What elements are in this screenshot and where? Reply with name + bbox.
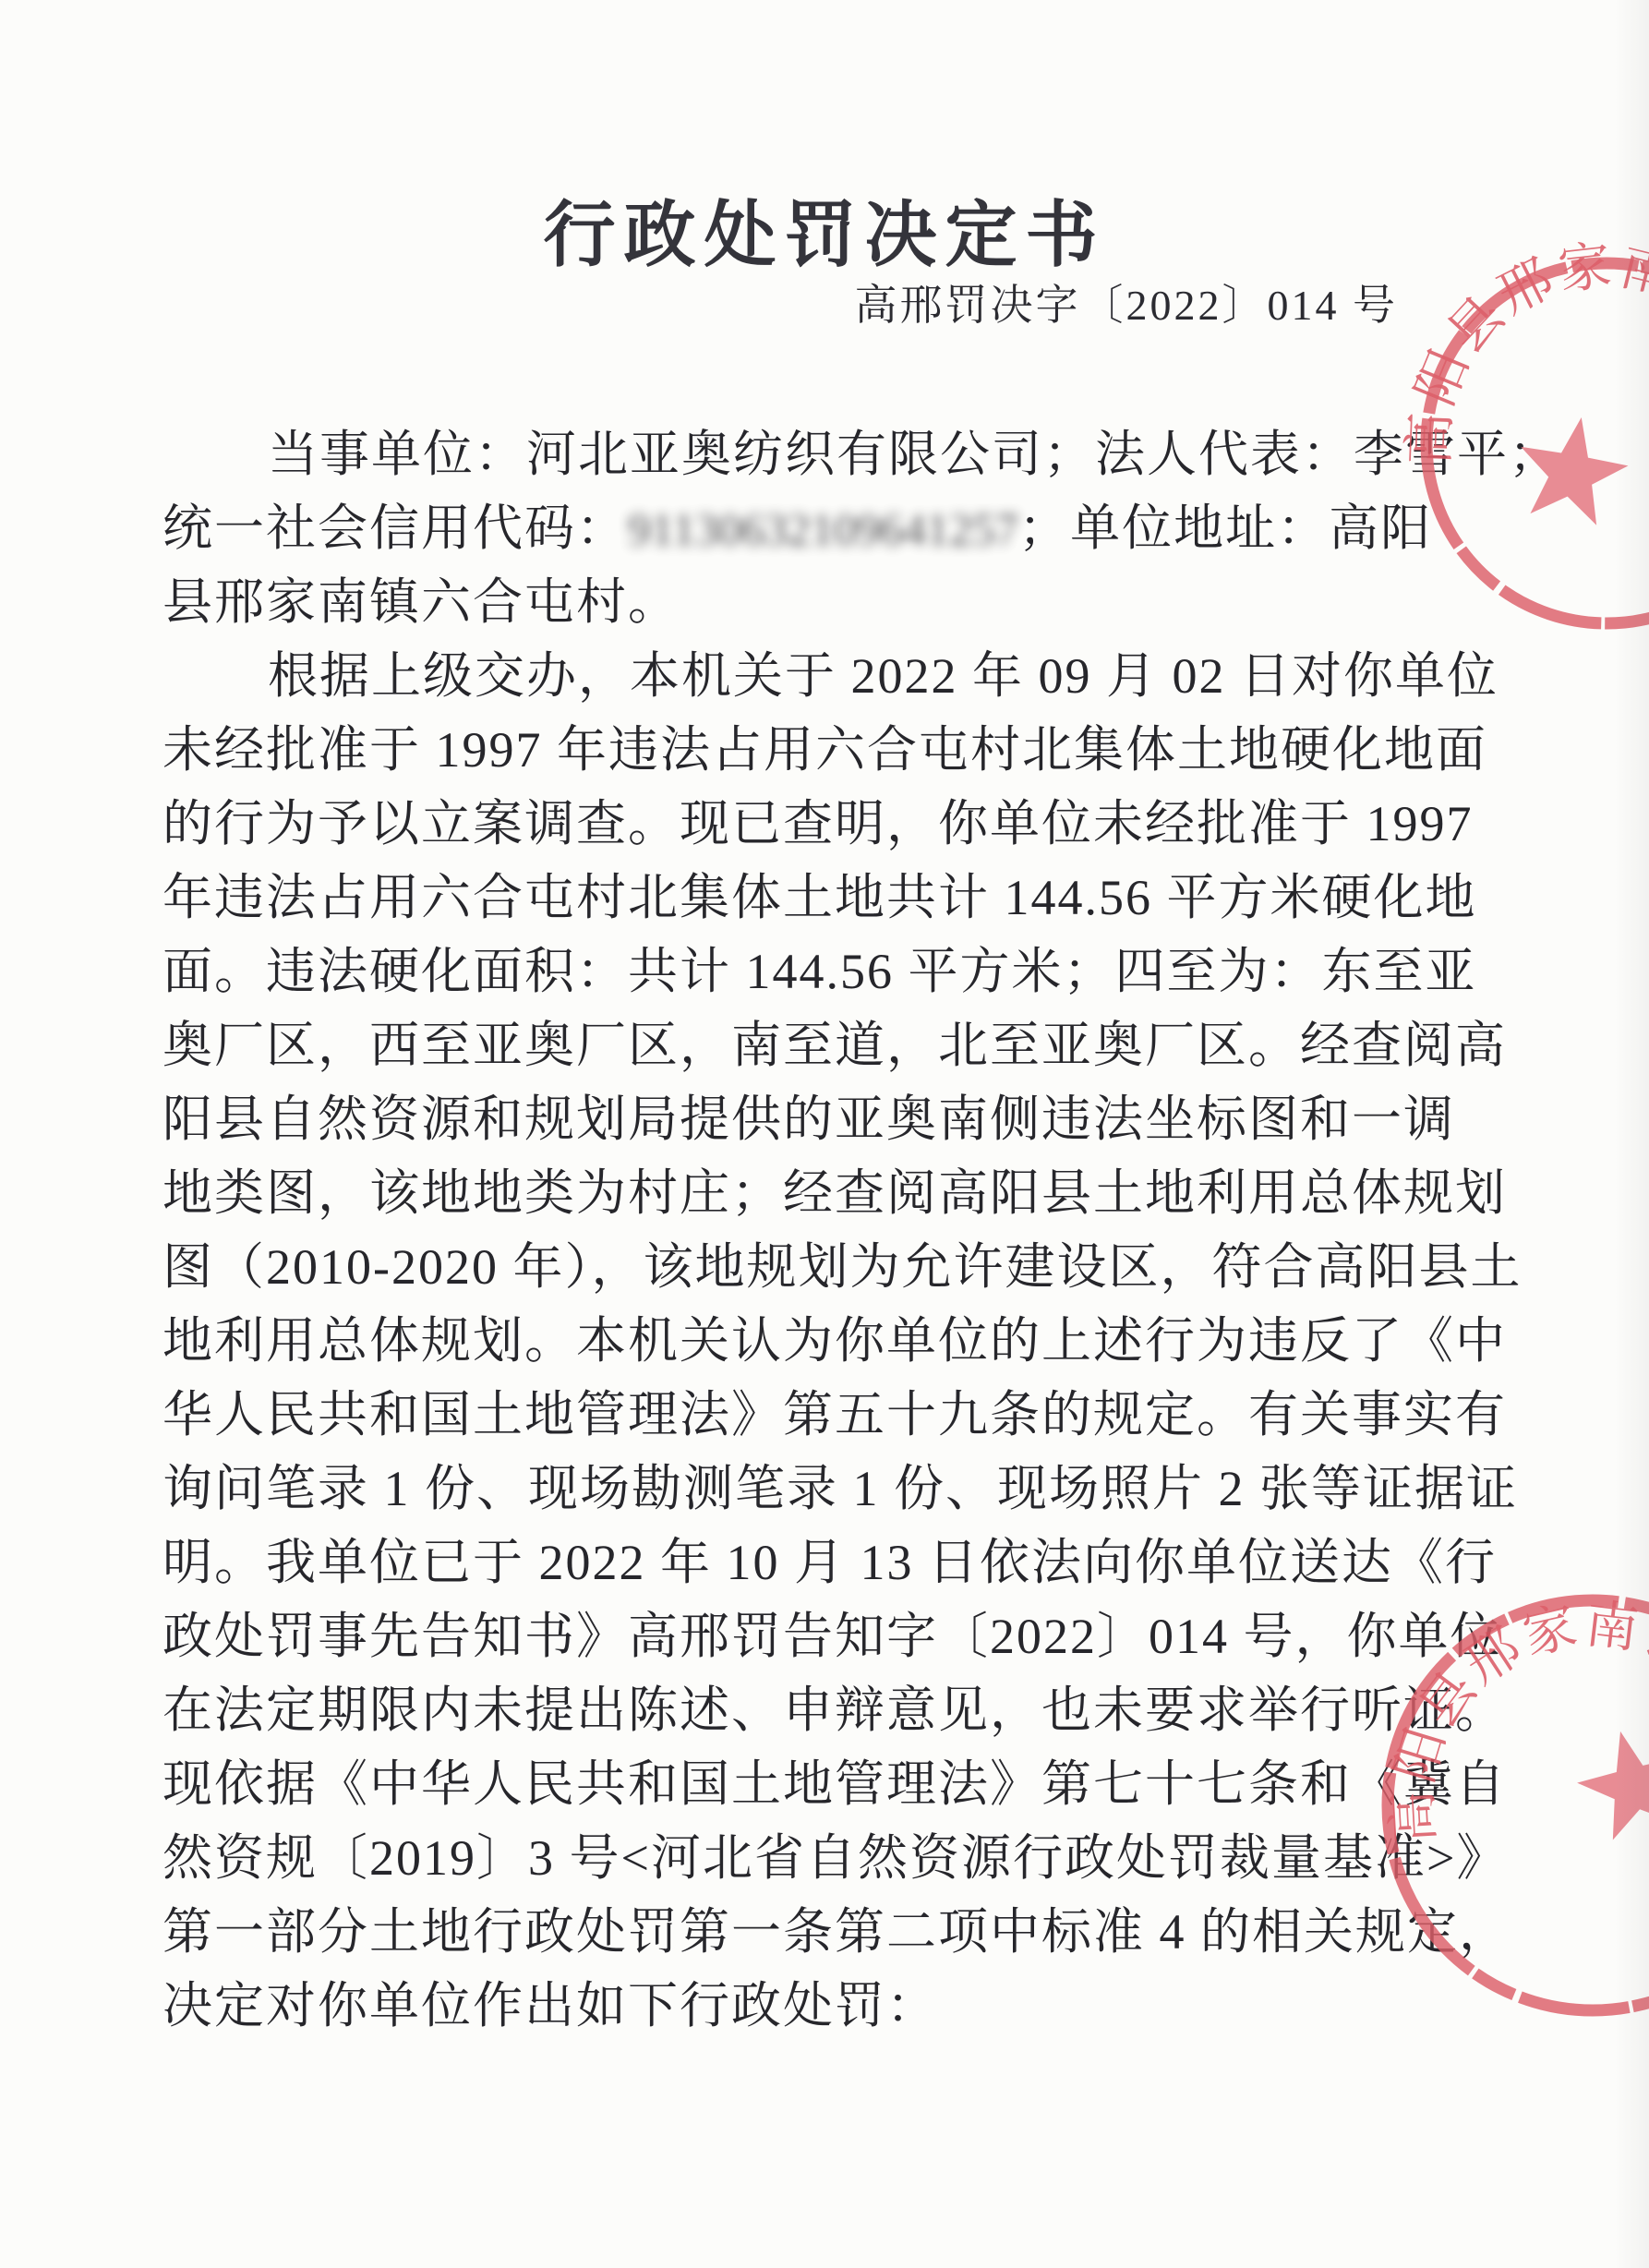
body-line: 然资规〔2019〕3 号<河北省自然资源行政处罚裁量基准>》 (162, 1821, 1511, 1895)
body-line: 年违法占用六合屯村北集体土地共计 144.56 平方米硬化地 (162, 861, 1511, 935)
body-line: 图（2010-2020 年），该地规划为允许建设区，符合高阳县土 (162, 1230, 1511, 1304)
body-line: 询问笔录 1 份、现场勘测笔录 1 份、现场照片 2 张等证据证 (162, 1452, 1511, 1526)
body-line: 面。违法硬化面积：共计 144.56 平方米；四至为：东至亚 (162, 935, 1511, 1008)
body-line: 现依据《中华人民共和国土地管理法》第七十七条和《冀自 (162, 1747, 1511, 1821)
body-line: 的行为予以立案调查。现已查明，你单位未经批准于 1997 (162, 787, 1511, 861)
body-line: 第一部分土地行政处罚第一条第二项中标准 4 的相关规定， (162, 1895, 1511, 1969)
body-line: 统一社会信用代码：91130632109641257；单位地址：高阳 (162, 491, 1511, 565)
body-line: 奥厂区，西至亚奥厂区，南至道，北至亚奥厂区。经查阅高 (162, 1008, 1511, 1082)
page-title: 行政处罚决定书 (0, 177, 1649, 281)
redacted-credit-code: 91130632109641257 (628, 503, 1018, 555)
body-line: 政处罚事先告知书》高邢罚告知字〔2022〕014 号，你单位 (162, 1599, 1511, 1673)
body-line: 明。我单位已于 2022 年 10 月 13 日依法向你单位送达《行 (162, 1526, 1511, 1599)
body-line: 阳县自然资源和规划局提供的亚奥南侧违法坐标图和一调 (162, 1082, 1511, 1156)
document-body: 当事单位：河北亚奥纺织有限公司；法人代表：李雪平；统一社会信用代码：911306… (162, 417, 1511, 2043)
body-line: 当事单位：河北亚奥纺织有限公司；法人代表：李雪平； (162, 417, 1511, 491)
body-line: 在法定期限内未提出陈述、申辩意见，也未要求举行听证。 (162, 1673, 1511, 1747)
scan-edge-shadow (1614, 0, 1649, 2268)
document-number: 高邢罚决字〔2022〕014 号 (855, 271, 1399, 332)
body-line: 地利用总体规划。本机关认为你单位的上述行为违反了《中 (162, 1304, 1511, 1378)
scanned-document-page: 行政处罚决定书 高邢罚决字〔2022〕014 号 当事单位：河北亚奥纺织有限公司… (0, 0, 1649, 2268)
body-line: 根据上级交办，本机关于 2022 年 09 月 02 日对你单位 (162, 639, 1511, 713)
body-line: 华人民共和国土地管理法》第五十九条的规定。有关事实有 (162, 1378, 1511, 1452)
body-line: 决定对你单位作出如下行政处罚： (162, 1969, 1511, 2043)
body-line: 未经批准于 1997 年违法占用六合屯村北集体土地硬化地面 (162, 713, 1511, 787)
body-line: 地类图，该地地类为村庄；经查阅高阳县土地利用总体规划 (162, 1156, 1511, 1230)
body-line: 县邢家南镇六合屯村。 (162, 565, 1511, 639)
